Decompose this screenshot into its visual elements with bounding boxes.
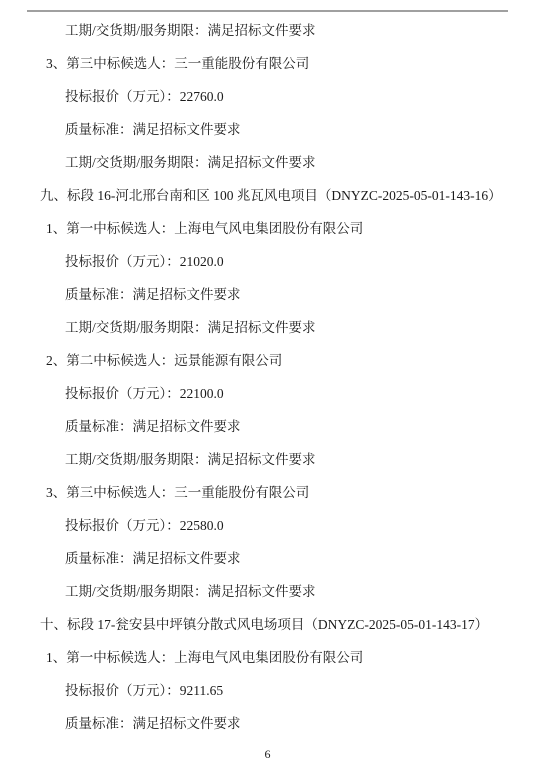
detail-line: 投标报价（万元）：22760.0 <box>0 80 539 113</box>
detail-line: 质量标准：满足招标文件要求 <box>0 410 539 443</box>
candidate-heading: 2、第二中标候选人：远景能源有限公司 <box>0 344 539 377</box>
detail-line: 工期/交货期/服务期限：满足招标文件要求 <box>0 146 539 179</box>
detail-line: 投标报价（万元）：21020.0 <box>0 245 539 278</box>
candidate-heading: 3、第三中标候选人：三一重能股份有限公司 <box>0 47 539 80</box>
detail-line: 质量标准：满足招标文件要求 <box>0 113 539 146</box>
detail-line: 投标报价（万元）：9211.65 <box>0 674 539 707</box>
document-page: { "document": { "kind": "bid-winner-cand… <box>0 0 539 771</box>
detail-line: 质量标准：满足招标文件要求 <box>0 542 539 575</box>
detail-line: 质量标准：满足招标文件要求 <box>0 278 539 311</box>
detail-line: 投标报价（万元）：22580.0 <box>0 509 539 542</box>
candidate-heading: 1、第一中标候选人：上海电气风电集团股份有限公司 <box>0 641 539 674</box>
page-header-rule <box>27 10 508 12</box>
page-number: 6 <box>27 746 508 762</box>
section-heading: 十、标段 17-瓮安县中坪镇分散式风电场项目（DNYZC-2025-05-01-… <box>0 608 539 641</box>
candidate-heading: 1、第一中标候选人：上海电气风电集团股份有限公司 <box>0 212 539 245</box>
detail-line: 投标报价（万元）：22100.0 <box>0 377 539 410</box>
detail-line: 工期/交货期/服务期限：满足招标文件要求 <box>0 311 539 344</box>
detail-line: 质量标准：满足招标文件要求 <box>0 707 539 740</box>
detail-line: 工期/交货期/服务期限：满足招标文件要求 <box>0 575 539 608</box>
section-heading: 九、标段 16-河北邢台南和区 100 兆瓦风电项目（DNYZC-2025-05… <box>0 179 539 212</box>
detail-line: 工期/交货期/服务期限：满足招标文件要求 <box>0 14 539 47</box>
candidate-heading: 3、第三中标候选人：三一重能股份有限公司 <box>0 476 539 509</box>
detail-line: 工期/交货期/服务期限：满足招标文件要求 <box>0 443 539 476</box>
document-body: 工期/交货期/服务期限：满足招标文件要求3、第三中标候选人：三一重能股份有限公司… <box>0 14 539 740</box>
